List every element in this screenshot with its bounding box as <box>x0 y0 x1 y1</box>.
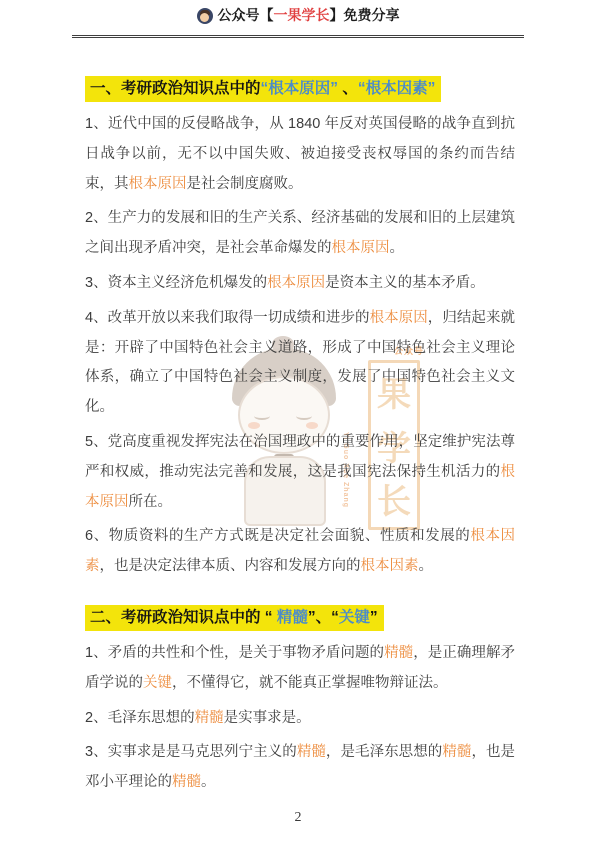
text-segment: 4、改革开放以来我们取得一切成绩和进步的 <box>85 310 370 326</box>
text-segment: 二、考研政治知识点中的 “ <box>90 609 277 626</box>
keyword-highlight: 根本原因 <box>129 176 187 192</box>
paragraph: 3、实事求是是马克思列宁主义的精髓，是毛泽东思想的精髓，也是邓小平理论的精髓。 <box>85 738 515 798</box>
keyword-highlight: 根本因素 <box>361 558 419 574</box>
paragraph: 5、党高度重视发挥宪法在治国理政中的重要作用，坚定维护宪法尊严和权威，推动宪法完… <box>85 428 515 517</box>
text-segment: “根本原因” <box>261 80 339 97</box>
text-segment: ，也是决定法律本质、内容和发展方向的 <box>100 558 361 574</box>
keyword-highlight: 精髓 <box>172 774 201 790</box>
text-segment: 。 <box>419 558 434 574</box>
avatar-icon <box>197 8 213 24</box>
paragraph: 2、毛泽东思想的精髓是实事求是。 <box>85 704 515 734</box>
text-segment: 所在。 <box>129 494 173 510</box>
header-text-prefix: 公众号【 <box>218 7 274 23</box>
keyword-highlight: 根本原因 <box>267 275 325 291</box>
text-segment: 1、矛盾的共性和个性，是关于事物矛盾问题的 <box>85 645 384 661</box>
keyword-highlight: 关键 <box>143 675 172 691</box>
keyword-highlight: 精髓 <box>297 744 326 760</box>
paragraph: 4、改革开放以来我们取得一切成绩和进步的根本原因，归结起来就是：开辟了中国特色社… <box>85 304 515 423</box>
text-segment: 是资本主义的基本矛盾。 <box>325 275 485 291</box>
text-segment: 一、考研政治知识点中的 <box>90 80 261 97</box>
text-segment: 关键 <box>339 609 370 626</box>
text-segment: 精髓 <box>277 609 308 626</box>
keyword-highlight: 精髓 <box>195 710 224 726</box>
keyword-highlight: 根本原因 <box>332 240 390 256</box>
document-page: 公众号【一果学长】免费分享 Yi Guo Xue Zhang 公众号 果学长 一… <box>0 0 596 842</box>
header-brand: 一果学长 <box>274 7 330 23</box>
document-body: 一、考研政治知识点中的“根本原因” 、“根本因素”1、近代中国的反侵略战争，从 … <box>85 76 515 803</box>
page-number: 2 <box>0 810 596 826</box>
header-text: 公众号【一果学长】免费分享 <box>218 6 400 25</box>
paragraph: 2、生产力的发展和旧的生产关系、经济基础的发展和旧的上层建筑之间出现矛盾冲突，是… <box>85 204 515 264</box>
keyword-highlight: 根本原因 <box>370 310 428 326</box>
paragraph: 1、近代中国的反侵略战争，从 1840 年反对英国侵略的战争直到抗日战争以前，无… <box>85 110 515 199</box>
text-segment: 3、实事求是是马克思列宁主义的 <box>85 744 297 760</box>
text-segment: 是实事求是。 <box>224 710 311 726</box>
text-segment: 。 <box>390 240 405 256</box>
paragraph: 3、资本主义经济危机爆发的根本原因是资本主义的基本矛盾。 <box>85 269 515 299</box>
sections: 一、考研政治知识点中的“根本原因” 、“根本因素”1、近代中国的反侵略战争，从 … <box>85 76 515 798</box>
text-segment: 、 <box>338 80 358 97</box>
text-segment: 2、毛泽东思想的 <box>85 710 195 726</box>
paragraph: 1、矛盾的共性和个性，是关于事物矛盾问题的精髓，是正确理解矛盾学说的关键，不懂得… <box>85 639 515 699</box>
text-segment: 3、资本主义经济危机爆发的 <box>85 275 267 291</box>
page-header: 公众号【一果学长】免费分享 <box>72 0 524 38</box>
text-segment: 。 <box>201 774 216 790</box>
text-segment: 2、生产力的发展和旧的生产关系、经济基础的发展和旧的上层建筑之间出现矛盾冲突，是… <box>85 210 515 256</box>
keyword-highlight: 精髓 <box>442 744 471 760</box>
paragraph: 6、物质资料的生产方式既是决定社会面貌、性质和发展的根本因素，也是决定法律本质、… <box>85 522 515 582</box>
text-segment: 是社会制度腐败。 <box>187 176 303 192</box>
header-text-suffix: 】免费分享 <box>330 7 400 23</box>
text-segment: ，是毛泽东思想的 <box>326 744 442 760</box>
text-segment: 5、党高度重视发挥宪法在治国理政中的重要作用，坚定维护宪法尊严和权威，推动宪法完… <box>85 434 515 480</box>
text-segment: ” <box>370 609 378 626</box>
text-segment: ，不懂得它，就不能真正掌握唯物辩证法。 <box>172 675 448 691</box>
section-heading: 二、考研政治知识点中的 “ 精髓”、“关键” <box>85 605 384 631</box>
text-segment: 6、物质资料的生产方式既是决定社会面貌、性质和发展的 <box>85 528 470 544</box>
text-segment: “根本因素” <box>358 80 436 97</box>
section-heading: 一、考研政治知识点中的“根本原因” 、“根本因素” <box>85 76 441 102</box>
keyword-highlight: 精髓 <box>384 645 413 661</box>
text-segment: ”、“ <box>308 609 339 626</box>
